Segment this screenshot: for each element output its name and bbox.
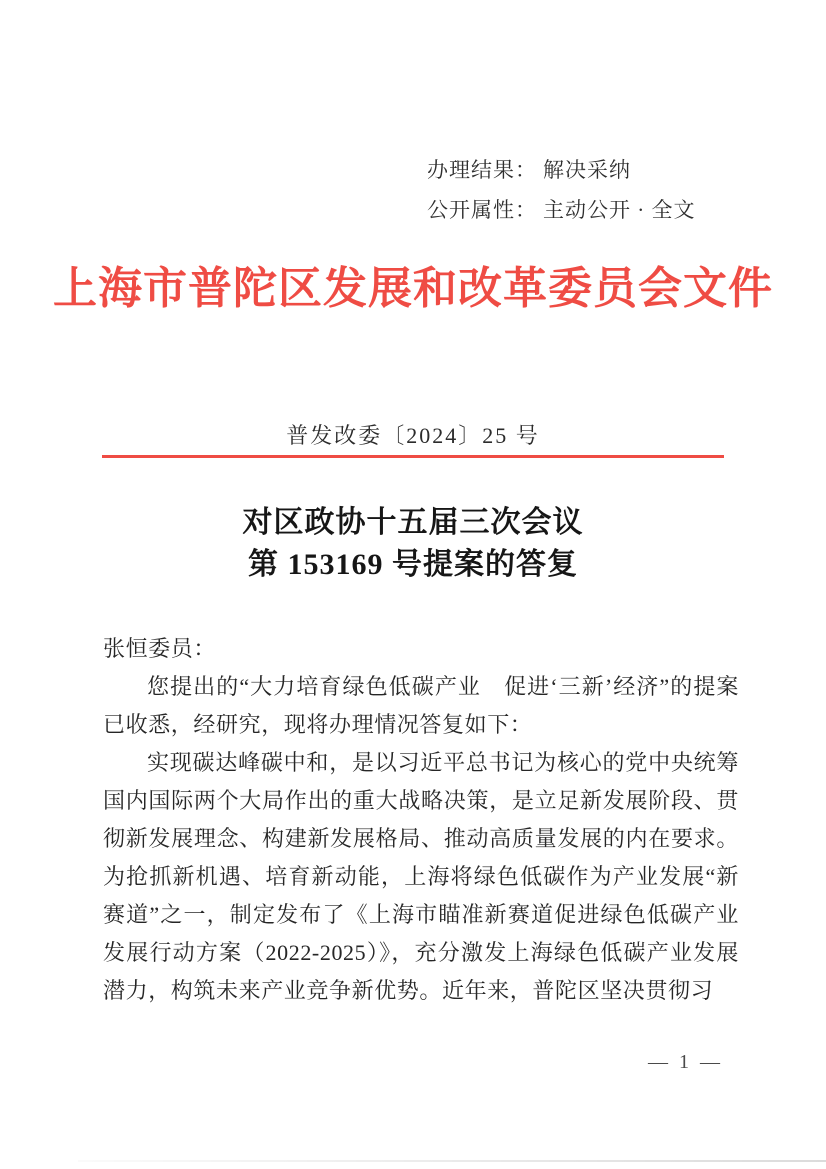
letter-body: 张恒委员： 您提出的“大力培育绿色低碳产业 促进‘三新’经济”的提案已收悉，经研… [103, 630, 739, 1010]
publicity-attribute-value: 主动公开 · 全文 [543, 190, 696, 230]
salutation: 张恒委员： [103, 630, 739, 668]
agency-masthead-title: 上海市普陀区发展和改革委员会文件 [0, 252, 826, 316]
document-page: 办理结果： 解决采纳 公开属性： 主动公开 · 全文 上海市普陀区发展和改革委员… [0, 0, 826, 1169]
body-paragraph: 实现碳达峰碳中和，是以习近平总书记为核心的党中央统筹国内国际两个大局作出的重大战… [103, 744, 739, 1010]
handling-result-line: 办理结果： 解决采纳 [427, 150, 696, 190]
handling-result-label: 办理结果： [427, 150, 537, 190]
publicity-attribute-label: 公开属性： [427, 190, 537, 230]
document-reference-number: 普发改委〔2024〕25 号 [0, 419, 826, 450]
publicity-attribute-line: 公开属性： 主动公开 · 全文 [427, 190, 696, 230]
handling-result-value: 解决采纳 [543, 150, 631, 190]
page-number: — 1 — [648, 1051, 723, 1074]
body-paragraph: 您提出的“大力培育绿色低碳产业 促进‘三新’经济”的提案已收悉，经研究，现将办理… [103, 668, 739, 744]
document-subject-title: 对区政协十五届三次会议 第 153169 号提案的答复 [0, 502, 826, 586]
red-separator-rule [102, 455, 724, 458]
subject-line-1: 对区政协十五届三次会议 [0, 502, 826, 544]
subject-line-2: 第 153169 号提案的答复 [0, 544, 826, 586]
meta-annotations: 办理结果： 解决采纳 公开属性： 主动公开 · 全文 [427, 150, 696, 230]
scan-edge-shadow [78, 1160, 826, 1162]
